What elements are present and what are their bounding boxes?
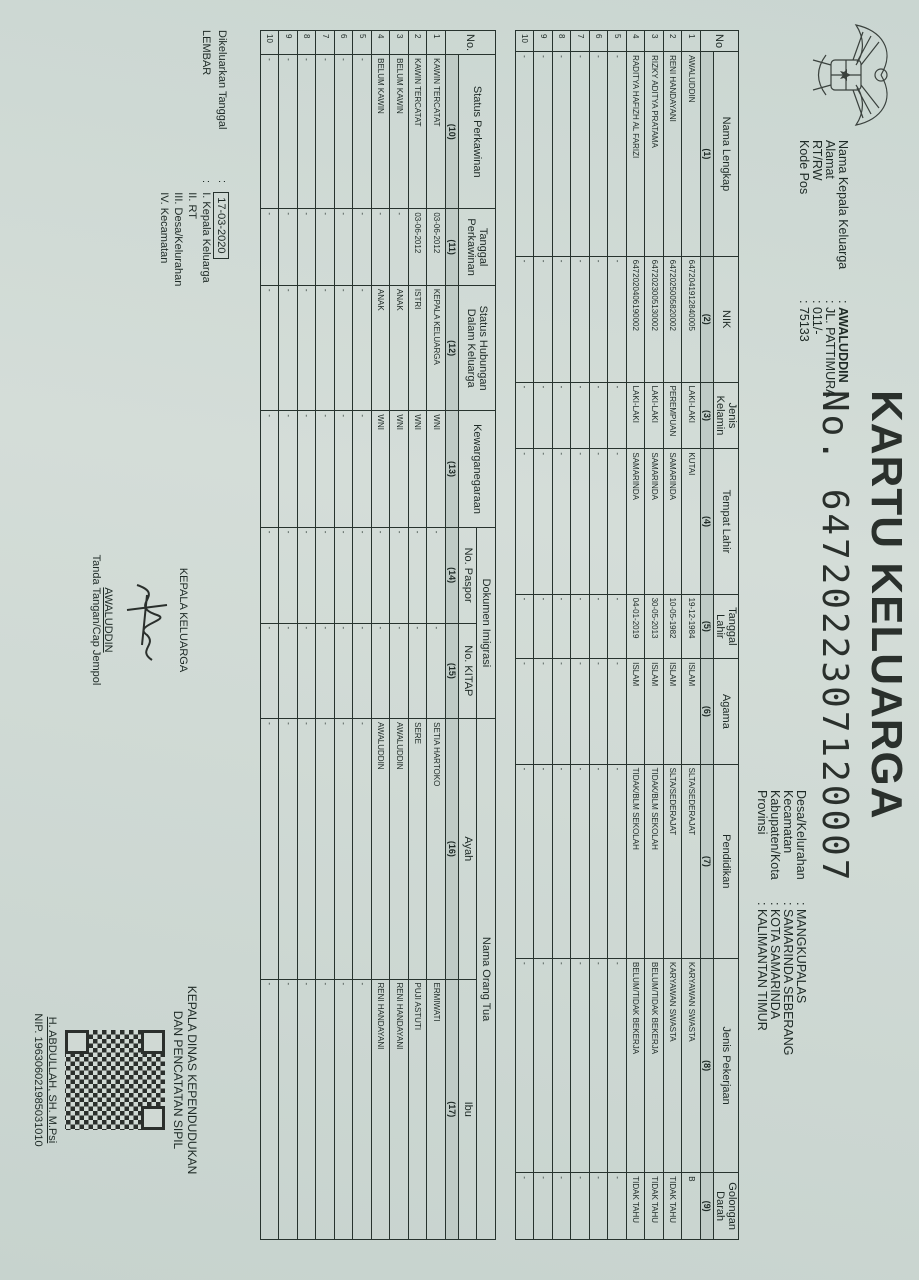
table-row: 1KAWIN TERCATAT03-06-2012KEPALA KELUARGA… bbox=[427, 31, 446, 1240]
table-cell: - bbox=[516, 1173, 535, 1240]
table-cell: - bbox=[516, 764, 535, 958]
table-cell: - bbox=[553, 959, 572, 1173]
marital-parents-table-body: 1KAWIN TERCATAT03-06-2012KEPALA KELUARGA… bbox=[261, 31, 446, 1240]
table-cell: TIDAK TAHU bbox=[664, 1173, 683, 1240]
table-cell: 04-01-2019 bbox=[627, 594, 646, 659]
table-cell: KAWIN TERCATAT bbox=[409, 55, 428, 209]
table-cell: - bbox=[298, 411, 317, 527]
table-cell: KAWIN TERCATAT bbox=[427, 55, 446, 209]
table-cell: - bbox=[335, 979, 354, 1240]
garuda-emblem-icon bbox=[801, 20, 901, 130]
table-cell: 4 bbox=[627, 31, 646, 52]
table-row: 6--------- bbox=[590, 31, 609, 1240]
table-cell: - bbox=[608, 256, 627, 382]
table-cell: - bbox=[516, 52, 535, 257]
table-cell: - bbox=[608, 959, 627, 1173]
table-cell: - bbox=[372, 623, 391, 719]
table-cell: - bbox=[608, 764, 627, 958]
table-cell: ISLAM bbox=[645, 659, 664, 764]
table-cell: - bbox=[534, 659, 553, 764]
table-row: 8--------- bbox=[553, 31, 572, 1240]
table-cell: - bbox=[335, 719, 354, 979]
table-cell: 6472023005130002 bbox=[645, 256, 664, 382]
table-cell: RADITYA HAFIZH AL FARIZI bbox=[627, 52, 646, 257]
table-cell: WNI bbox=[390, 411, 409, 527]
table-cell: - bbox=[353, 411, 372, 527]
table-cell: ISLAM bbox=[682, 659, 701, 764]
table-cell: - bbox=[553, 449, 572, 594]
table-cell: - bbox=[590, 449, 609, 594]
table-row: 4RADITYA HAFIZH AL FARIZI647202040619000… bbox=[627, 31, 646, 1240]
table-cell: 3 bbox=[645, 31, 664, 52]
kepala-keluarga-signature-block: KEPALA KELUARGA AWALUDDIN Tanda Tangan/C… bbox=[90, 520, 189, 720]
table-cell: - bbox=[261, 55, 280, 209]
table-cell: KARYAWAN SWASTA bbox=[682, 959, 701, 1173]
table-cell: - bbox=[608, 594, 627, 659]
table-row: 2RENI HANDAYANI6472025005820002PEREMPUAN… bbox=[664, 31, 683, 1240]
table-header-row: No. Status Perkawinan Tanggal Perkawinan… bbox=[477, 31, 496, 1240]
table-cell: - bbox=[316, 527, 335, 623]
members-table-body: 1AWALUDDIN6472041912840005LAKI-LAKIKUTAI… bbox=[516, 31, 701, 1240]
table-index-row: (1) (2) (3) (4) (5) (6) (7) (8) (9) bbox=[701, 31, 714, 1240]
table-cell: 7 bbox=[316, 31, 335, 55]
table-cell: LAKI-LAKI bbox=[645, 382, 664, 449]
table-cell: - bbox=[335, 209, 354, 286]
table-cell: 1 bbox=[427, 31, 446, 55]
table-cell: WNI bbox=[427, 411, 446, 527]
issued-date: 17-03-2020 bbox=[213, 192, 229, 258]
table-cell: - bbox=[298, 719, 317, 979]
table-cell: RIZKY ADITYA PRATAMA bbox=[645, 52, 664, 257]
table-cell: - bbox=[353, 527, 372, 623]
table-cell: LAKI-LAKI bbox=[682, 382, 701, 449]
table-row: 3BELUM KAWIN-ANAKWNI--AWALUDDINRENI HAND… bbox=[390, 31, 409, 1240]
table-cell: - bbox=[590, 52, 609, 257]
table-cell: - bbox=[298, 209, 317, 286]
family-card-document: KARTU KELUARGA No. 6472022307120007 Nama… bbox=[0, 0, 919, 1280]
table-cell: RENI HANDAYANI bbox=[664, 52, 683, 257]
table-cell: 10-05-1982 bbox=[664, 594, 683, 659]
table-cell: 8 bbox=[298, 31, 317, 55]
table-row: 4BELUM KAWIN-ANAKWNI--AWALUDDINRENI HAND… bbox=[372, 31, 391, 1240]
table-row: 9--------- bbox=[534, 31, 553, 1240]
table-cell: - bbox=[261, 285, 280, 410]
table-cell: - bbox=[261, 209, 280, 286]
signature-icon bbox=[117, 575, 177, 665]
marital-parents-table: No. Status Perkawinan Tanggal Perkawinan… bbox=[260, 30, 496, 1240]
header-household-info: Nama Kepala Keluarga: AWALUDDIN Alamat: … bbox=[797, 140, 849, 397]
table-cell: - bbox=[390, 209, 409, 286]
table-cell: - bbox=[516, 256, 535, 382]
table-row: 7--------- bbox=[571, 31, 590, 1240]
table-cell: SERE bbox=[409, 719, 428, 979]
table-cell: 9 bbox=[279, 31, 298, 55]
table-cell: - bbox=[279, 979, 298, 1240]
dinas-signature-block: KEPALA DINAS KEPENDUDUKAN DAN PENCATATAN… bbox=[31, 950, 199, 1210]
table-cell: - bbox=[335, 623, 354, 719]
table-cell: - bbox=[335, 55, 354, 209]
table-cell: WNI bbox=[372, 411, 391, 527]
table-cell: SETIA HARTOKO bbox=[427, 719, 446, 979]
table-cell: ANAK bbox=[390, 285, 409, 410]
table-cell: 6472025005820002 bbox=[664, 256, 683, 382]
table-cell: - bbox=[534, 256, 553, 382]
table-cell: LAKI-LAKI bbox=[627, 382, 646, 449]
table-cell: - bbox=[335, 411, 354, 527]
table-cell: - bbox=[279, 411, 298, 527]
lembar-list: I. Kepala Keluarga II. RT III. Desa/Kelu… bbox=[157, 192, 213, 286]
table-cell: - bbox=[316, 623, 335, 719]
table-cell: - bbox=[571, 52, 590, 257]
table-cell: 10 bbox=[261, 31, 280, 55]
table-cell: 6 bbox=[590, 31, 609, 52]
table-cell: - bbox=[534, 449, 553, 594]
header-row-kecamatan: Kecamatan: SAMARINDA SEBERANG bbox=[781, 790, 794, 1056]
table-row: 10--------- bbox=[516, 31, 535, 1240]
table-cell: - bbox=[409, 623, 428, 719]
table-cell: SLTA/SEDERAJAT bbox=[682, 764, 701, 958]
header-row-kabupaten: Kabupaten/Kota: KOTA SAMARINDA bbox=[768, 790, 781, 1056]
table-cell: - bbox=[353, 623, 372, 719]
table-cell: - bbox=[534, 594, 553, 659]
table-cell: TIDAK/BLM SEKOLAH bbox=[645, 764, 664, 958]
table-cell: - bbox=[279, 623, 298, 719]
table-cell: - bbox=[298, 979, 317, 1240]
table-cell: - bbox=[261, 979, 280, 1240]
table-cell: SAMARINDA bbox=[645, 449, 664, 594]
table-cell: 4 bbox=[372, 31, 391, 55]
table-cell: TIDAK TAHU bbox=[645, 1173, 664, 1240]
table-cell: AWALUDDIN bbox=[682, 52, 701, 257]
table-cell: 8 bbox=[553, 31, 572, 52]
table-cell: - bbox=[372, 527, 391, 623]
table-cell: - bbox=[571, 659, 590, 764]
table-cell: - bbox=[279, 55, 298, 209]
table-cell: 2 bbox=[409, 31, 428, 55]
header-row-kepala: Nama Kepala Keluarga: AWALUDDIN bbox=[836, 140, 849, 397]
table-cell: - bbox=[427, 527, 446, 623]
table-cell: - bbox=[279, 527, 298, 623]
table-cell: - bbox=[608, 659, 627, 764]
table-cell: - bbox=[353, 209, 372, 286]
table-row: 10-------- bbox=[261, 31, 280, 1240]
table-cell: KUTAI bbox=[682, 449, 701, 594]
table-cell: - bbox=[316, 979, 335, 1240]
table-cell: SLTA/SEDERAJAT bbox=[664, 764, 683, 958]
table-cell: - bbox=[608, 449, 627, 594]
table-cell: 19-12-1984 bbox=[682, 594, 701, 659]
table-cell: - bbox=[298, 55, 317, 209]
table-cell: - bbox=[353, 285, 372, 410]
table-cell: RENI HANDAYANI bbox=[390, 979, 409, 1240]
header-row-kodepos: Kode Pos: 75133 bbox=[797, 140, 810, 397]
table-cell: - bbox=[261, 623, 280, 719]
table-cell: - bbox=[516, 382, 535, 449]
qr-code-icon bbox=[65, 1030, 165, 1130]
table-cell: - bbox=[516, 449, 535, 594]
table-cell: - bbox=[553, 256, 572, 382]
table-cell: 03-06-2012 bbox=[409, 209, 428, 286]
table-cell: - bbox=[316, 411, 335, 527]
table-cell: 3 bbox=[390, 31, 409, 55]
table-cell: - bbox=[316, 209, 335, 286]
table-row: 5-------- bbox=[353, 31, 372, 1240]
table-cell: TIDAK/BLM SEKOLAH bbox=[627, 764, 646, 958]
table-cell: - bbox=[534, 1173, 553, 1240]
table-cell: ERMIWATI bbox=[427, 979, 446, 1240]
table-cell: - bbox=[608, 52, 627, 257]
table-cell: - bbox=[279, 719, 298, 979]
table-row: 2KAWIN TERCATAT03-06-2012ISTRIWNI--SEREP… bbox=[409, 31, 428, 1240]
table-cell: - bbox=[316, 719, 335, 979]
table-cell: 7 bbox=[571, 31, 590, 52]
header-row-rtrw: RT/RW: 011/- bbox=[810, 140, 823, 397]
table-cell: - bbox=[279, 285, 298, 410]
table-cell: - bbox=[353, 55, 372, 209]
table-cell: PUJI ASTUTI bbox=[409, 979, 428, 1240]
table-cell: - bbox=[516, 594, 535, 659]
table-cell: 9 bbox=[534, 31, 553, 52]
table-cell: - bbox=[590, 594, 609, 659]
table-cell: - bbox=[353, 719, 372, 979]
table-row: 5--------- bbox=[608, 31, 627, 1240]
table-cell: BELUM KAWIN bbox=[390, 55, 409, 209]
table-row: 7-------- bbox=[316, 31, 335, 1240]
table-cell: - bbox=[553, 52, 572, 257]
table-cell: ISLAM bbox=[627, 659, 646, 764]
table-row: 3RIZKY ADITYA PRATAMA6472023005130002LAK… bbox=[645, 31, 664, 1240]
table-cell: 6472020406190002 bbox=[627, 256, 646, 382]
table-cell: - bbox=[516, 659, 535, 764]
table-cell: RENI HANDAYANI bbox=[372, 979, 391, 1240]
table-cell: - bbox=[590, 382, 609, 449]
table-cell: - bbox=[608, 382, 627, 449]
header-row-alamat: Alamat: JL. PATTIMURA bbox=[823, 140, 836, 397]
table-cell: 5 bbox=[353, 31, 372, 55]
table-cell: - bbox=[534, 382, 553, 449]
table-cell: - bbox=[571, 449, 590, 594]
table-cell: WNI bbox=[409, 411, 428, 527]
table-cell: 5 bbox=[608, 31, 627, 52]
table-cell: - bbox=[390, 623, 409, 719]
table-cell: ISTRI bbox=[409, 285, 428, 410]
table-cell: - bbox=[553, 764, 572, 958]
table-cell: - bbox=[261, 719, 280, 979]
table-row: 6-------- bbox=[335, 31, 354, 1240]
document-title: KARTU KELUARGA bbox=[861, 390, 911, 820]
table-cell: BELUM/TIDAK BEKERJA bbox=[627, 959, 646, 1173]
table-cell: - bbox=[553, 659, 572, 764]
table-cell: - bbox=[590, 959, 609, 1173]
table-cell: - bbox=[553, 382, 572, 449]
table-cell: BELUM KAWIN bbox=[372, 55, 391, 209]
table-row: 8-------- bbox=[298, 31, 317, 1240]
table-cell: - bbox=[427, 623, 446, 719]
table-cell: TIDAK TAHU bbox=[627, 1173, 646, 1240]
table-cell: - bbox=[534, 764, 553, 958]
table-cell: - bbox=[279, 209, 298, 286]
table-cell: - bbox=[553, 594, 572, 659]
table-cell: 10 bbox=[516, 31, 535, 52]
table-cell: - bbox=[553, 1173, 572, 1240]
table-cell: - bbox=[298, 527, 317, 623]
header-region-info: Desa/Kelurahan: MANGKUPALAS Kecamatan: S… bbox=[755, 790, 807, 1056]
table-cell: - bbox=[590, 659, 609, 764]
table-cell: ISLAM bbox=[664, 659, 683, 764]
table-cell: - bbox=[409, 527, 428, 623]
table-cell: 6 bbox=[335, 31, 354, 55]
table-header-row: No Nama Lengkap NIK Jenis Kelamin Tempat… bbox=[714, 31, 739, 1240]
table-cell: 1 bbox=[682, 31, 701, 52]
table-cell: - bbox=[372, 209, 391, 286]
members-table: No Nama Lengkap NIK Jenis Kelamin Tempat… bbox=[515, 30, 739, 1240]
table-cell: - bbox=[608, 1173, 627, 1240]
table-cell: 2 bbox=[664, 31, 683, 52]
table-cell: 03-06-2012 bbox=[427, 209, 446, 286]
table-row: 1AWALUDDIN6472041912840005LAKI-LAKIKUTAI… bbox=[682, 31, 701, 1240]
table-cell: SAMARINDA bbox=[627, 449, 646, 594]
table-cell: - bbox=[261, 411, 280, 527]
table-cell: - bbox=[534, 959, 553, 1173]
table-cell: - bbox=[590, 256, 609, 382]
table-cell: BELUM/TIDAK BEKERJA bbox=[645, 959, 664, 1173]
table-cell: - bbox=[316, 55, 335, 209]
table-cell: - bbox=[335, 285, 354, 410]
table-cell: - bbox=[298, 285, 317, 410]
issue-info: Dikeluarkan Tanggal: 17-03-2020 LEMBAR: … bbox=[157, 30, 229, 286]
table-cell: SAMARINDA bbox=[664, 449, 683, 594]
table-cell: - bbox=[534, 52, 553, 257]
table-cell: - bbox=[571, 1173, 590, 1240]
table-cell: - bbox=[261, 527, 280, 623]
table-cell: - bbox=[571, 256, 590, 382]
table-cell: - bbox=[298, 623, 317, 719]
table-cell: 6472041912840005 bbox=[682, 256, 701, 382]
header-row-provinsi: Provinsi: KALIMANTAN TIMUR bbox=[755, 790, 768, 1056]
kk-number: No. 6472022307120007 bbox=[814, 390, 855, 883]
table-cell: - bbox=[571, 764, 590, 958]
table-cell: - bbox=[390, 527, 409, 623]
table-cell: - bbox=[353, 979, 372, 1240]
table-index-row: (10) (11) (12) (13) (14) (15) (16) (17) bbox=[446, 31, 459, 1240]
table-cell: AWALUDDIN bbox=[390, 719, 409, 979]
table-cell: AWALUDDIN bbox=[372, 719, 391, 979]
table-cell: ANAK bbox=[372, 285, 391, 410]
table-cell: - bbox=[335, 527, 354, 623]
table-cell: B bbox=[682, 1173, 701, 1240]
header-row-desa: Desa/Kelurahan: MANGKUPALAS bbox=[794, 790, 807, 1056]
table-cell: - bbox=[571, 594, 590, 659]
table-cell: - bbox=[571, 959, 590, 1173]
table-cell: PEREMPUAN bbox=[664, 382, 683, 449]
table-cell: - bbox=[516, 959, 535, 1173]
table-cell: - bbox=[571, 382, 590, 449]
table-cell: - bbox=[590, 1173, 609, 1240]
table-cell: 30-05-2013 bbox=[645, 594, 664, 659]
table-cell: KEPALA KELUARGA bbox=[427, 285, 446, 410]
table-cell: - bbox=[590, 764, 609, 958]
table-row: 9-------- bbox=[279, 31, 298, 1240]
table-cell: - bbox=[316, 285, 335, 410]
table-cell: KARYAWAN SWASTA bbox=[664, 959, 683, 1173]
